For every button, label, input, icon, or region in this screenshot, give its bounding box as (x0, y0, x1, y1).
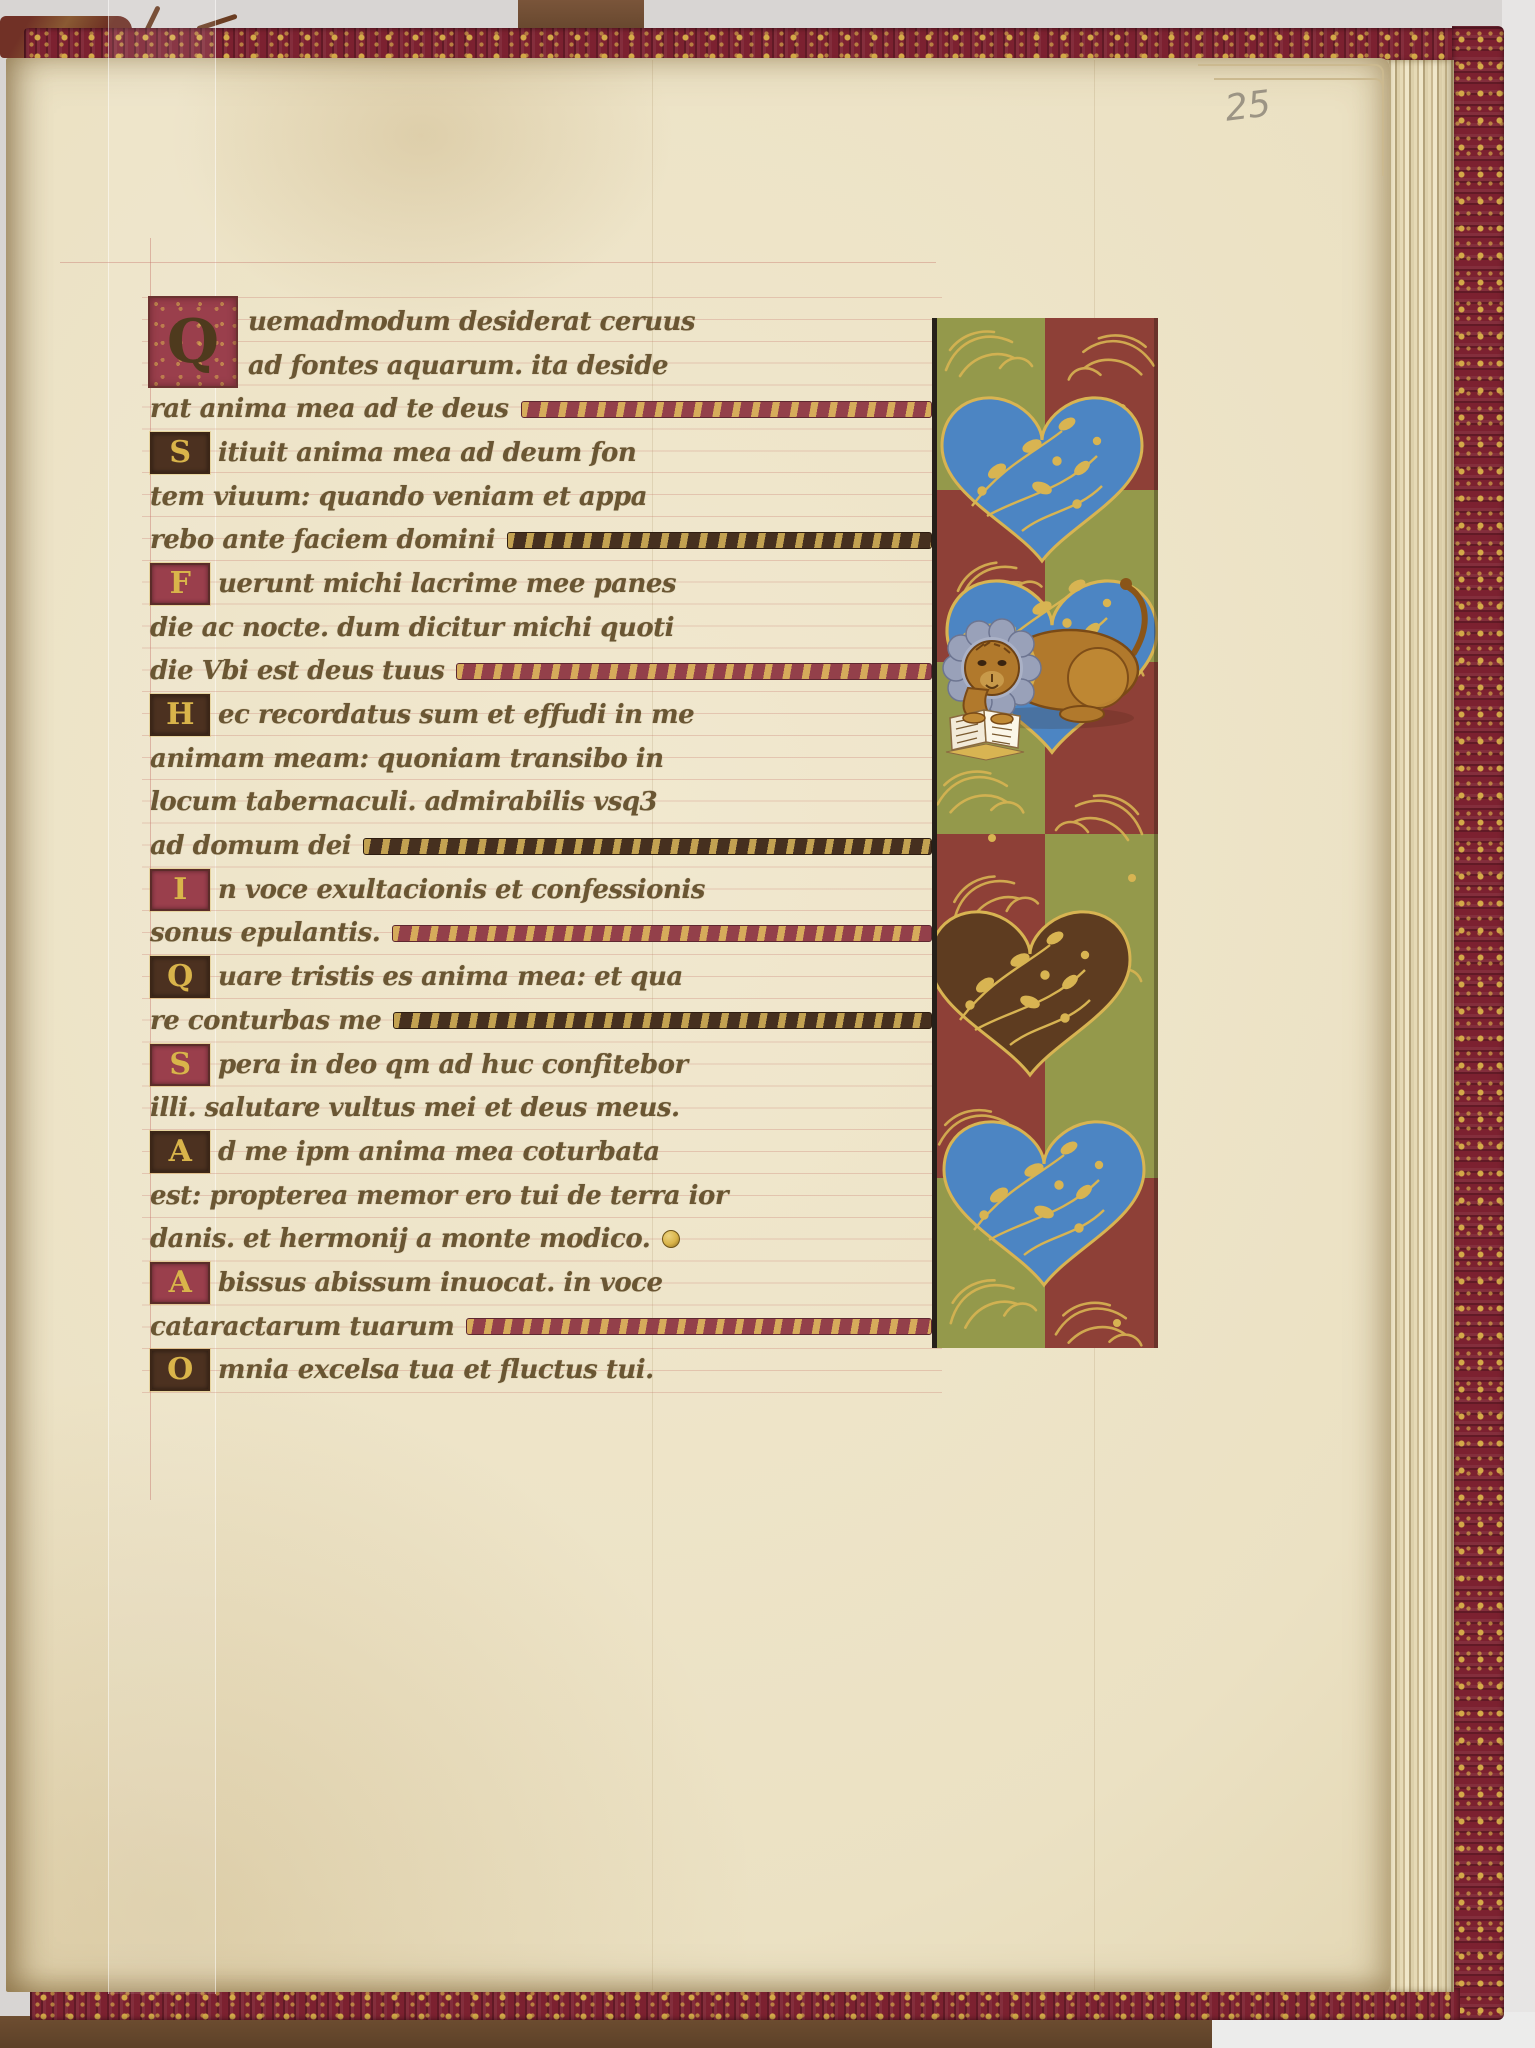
text-line: rebo ante faciem domini (150, 518, 934, 562)
decorated-initial: H (150, 694, 210, 736)
line-text: animam meam: quoniam transibo in (150, 746, 664, 772)
line-text: est: propterea memor ero tui de terra io… (150, 1183, 728, 1209)
line-text: uemadmodum desiderat ceruus (248, 309, 695, 335)
line-text: uerunt michi lacrime mee panes (218, 571, 676, 597)
line-text: tem viuum: quando veniam et appa (150, 484, 647, 510)
binding-bottom-edge (30, 1988, 1460, 2020)
text-line: Fuerunt michi lacrime mee panes (150, 562, 934, 606)
text-line: die ac nocte. dum dicitur michi quoti (150, 606, 934, 650)
text-line: cataractarum tuarum (150, 1305, 934, 1349)
binding-fore-edge (1452, 26, 1504, 2020)
text-line: illi. salutare vultus mei et deus meus. (150, 1086, 934, 1130)
line-text: die ac nocte. dum dicitur michi quoti (150, 615, 674, 641)
line-text: pera in deo qm ad huc confitebor (218, 1052, 688, 1078)
text-line: Ad me ipm anima mea coturbata (150, 1130, 934, 1174)
text-line: Omnia excelsa tua et fluctus tui. (150, 1349, 934, 1393)
text-line: tem viuum: quando veniam et appa (150, 475, 934, 519)
border-illumination (932, 318, 1158, 1348)
line-text: illi. salutare vultus mei et deus meus. (150, 1095, 680, 1121)
text-line: animam meam: quoniam transibo in (150, 737, 934, 781)
text-line: sonus epulantis. (150, 912, 934, 956)
text-line: rat anima mea ad te deus (150, 387, 934, 431)
text-line: est: propterea memor ero tui de terra io… (150, 1174, 934, 1218)
decorated-initial: S (150, 432, 210, 474)
line-text: mnia excelsa tua et fluctus tui. (218, 1357, 654, 1383)
line-text: locum tabernaculi. admirabilis vsq3 (150, 789, 657, 815)
line-text: rebo ante faciem domini (150, 527, 495, 553)
line-text: ad fontes aquarum. ita deside (248, 353, 668, 379)
line-text: die Vbi est deus tuus (150, 658, 444, 684)
line-filler (456, 663, 932, 680)
decorated-initial: I (150, 869, 210, 911)
text-line: ad domum dei (150, 824, 934, 868)
page-stack-edges (1386, 60, 1454, 1992)
line-text: sonus epulantis. (150, 920, 380, 946)
line-text: itiuit anima mea ad deum fon (218, 440, 636, 466)
decorated-initial: S (150, 1044, 210, 1086)
line-text: cataractarum tuarum (150, 1314, 454, 1340)
line-text: ec recordatus sum et effudi in me (218, 702, 694, 728)
background-right (1502, 0, 1535, 2048)
text-line: danis. et hermonij a monte modico. (150, 1217, 934, 1261)
line-text: d me ipm anima mea coturbata (218, 1139, 660, 1165)
line-text: ad domum dei (150, 833, 351, 859)
line-filler (466, 1318, 932, 1335)
ruling-horizontal (60, 262, 936, 263)
text-line: Abissus abissum inuocat. in voce (150, 1261, 934, 1305)
line-filler (363, 838, 932, 855)
line-text: rat anima mea ad te deus (150, 396, 509, 422)
text-line: locum tabernaculi. admirabilis vsq3 (150, 781, 934, 825)
line-filler (393, 1012, 932, 1029)
text-line: Spera in deo qm ad huc confitebor (150, 1043, 934, 1087)
text-line: die Vbi est deus tuus (150, 650, 934, 694)
line-filler (507, 532, 932, 549)
decorated-initial: A (150, 1262, 210, 1304)
paragraph-mark (662, 1230, 680, 1248)
line-text: danis. et hermonij a monte modico. (150, 1226, 650, 1252)
border-edge-line (932, 318, 937, 1348)
book-cradle (0, 2016, 1218, 2048)
text-line: In voce exultacionis et confessionis (150, 868, 934, 912)
text-line: uemadmodum desiderat ceruus (150, 300, 934, 344)
text-block: Q uemadmodum desiderat ceruus ad fontes … (150, 300, 934, 1392)
line-filler (521, 401, 932, 418)
manuscript-photograph: 25 Q uemadmodum desiderat ceruus ad font… (0, 0, 1535, 2048)
pencil-folio-number: 25 (1223, 83, 1273, 129)
text-line: Sitiuit anima mea ad deum fon (150, 431, 934, 475)
text-line: Quare tristis es anima mea: et qua (150, 955, 934, 999)
binding-top-edge (24, 28, 1460, 62)
line-text: n voce exultacionis et confessionis (218, 877, 705, 903)
text-line: re conturbas me (150, 999, 934, 1043)
line-text: uare tristis es anima mea: et qua (218, 964, 683, 990)
decorated-initial: A (150, 1131, 210, 1173)
decorated-initial: F (150, 563, 210, 605)
line-text: re conturbas me (150, 1008, 381, 1034)
line-filler (392, 925, 932, 942)
text-line: Hec recordatus sum et effudi in me (150, 693, 934, 737)
decorated-initial: O (150, 1349, 210, 1391)
decorated-initial: Q (150, 956, 210, 998)
text-line: ad fontes aquarum. ita deside (150, 344, 934, 388)
line-text: bissus abissum inuocat. in voce (218, 1270, 663, 1296)
